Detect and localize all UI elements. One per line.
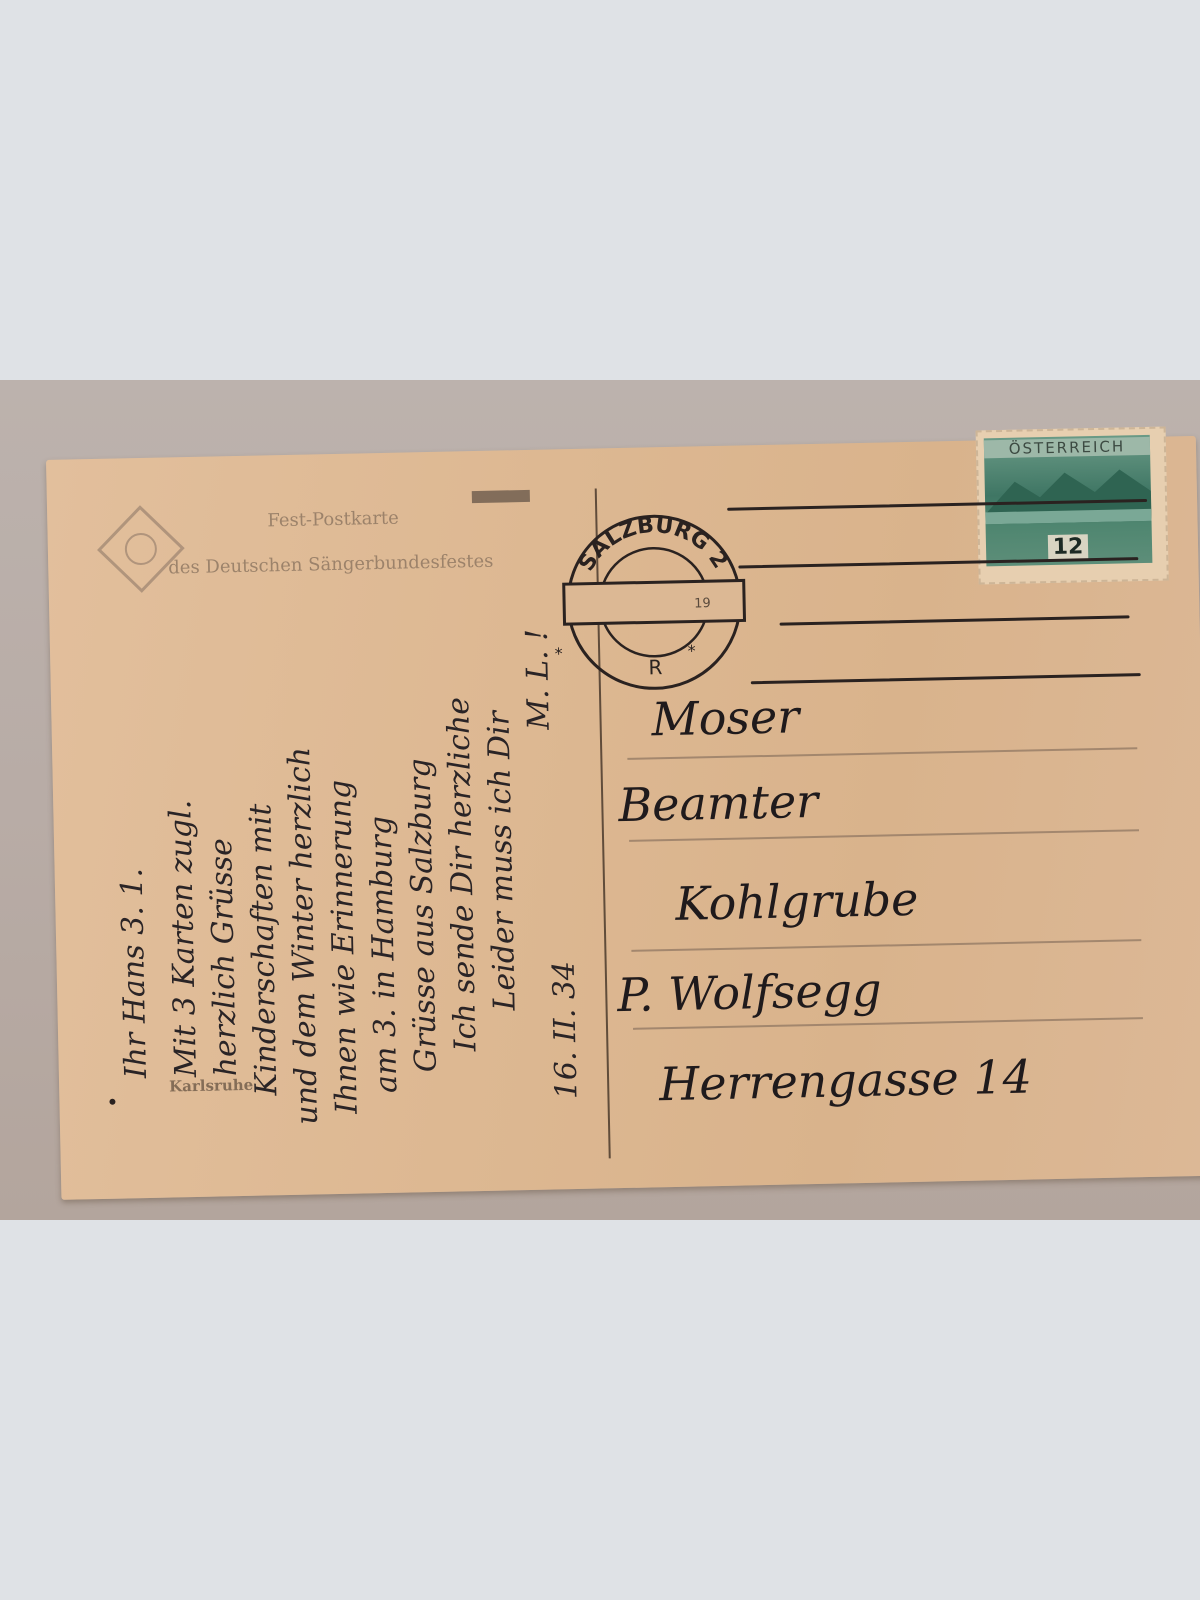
svg-text:SALZBURG 2: SALZBURG 2 [573, 511, 733, 576]
cancel-line [751, 673, 1141, 684]
message-line: Ihnen wie Erinnerung [323, 779, 365, 1114]
message-line: Ich sende Dir herzliche [441, 697, 483, 1052]
postcard: Fest-Postkarte des Deutschen Sängerbunde… [46, 436, 1200, 1200]
ink-dot [109, 1099, 115, 1105]
message-line: und dem Winter herzlich [282, 747, 325, 1125]
mountain-lake-icon [984, 461, 1151, 524]
cancel-line [780, 615, 1130, 625]
address-rule [631, 939, 1141, 952]
emblem-icon [97, 505, 185, 593]
address-line-4: P. Wolfsegg [617, 963, 882, 1023]
message-line: Ihr Hans 3. 1. [115, 868, 154, 1079]
message-salutation: M. L. ! [520, 629, 557, 731]
printed-subtitle: des Deutschen Sängerbundesfestes [168, 551, 494, 579]
address-line-2: Beamter [618, 774, 819, 832]
message-line: Grüsse aus Salzburg [402, 758, 444, 1072]
address-line-5: Herrengasse 14 [659, 1049, 1033, 1111]
address-rule [629, 829, 1139, 842]
stamp-country: ÖSTERREICH [984, 437, 1150, 458]
address-rule [627, 747, 1137, 760]
message-line: Leider muss ich Dir [481, 711, 522, 1011]
postmark-city: SALZBURG 2 [573, 511, 733, 576]
printed-mark [472, 490, 530, 503]
address-line-1: Moser [651, 689, 800, 746]
printed-place: Karlsruhe [169, 1076, 253, 1096]
message-line: Kinderschaften mit [243, 803, 284, 1096]
stamp-value: 12 [1048, 534, 1089, 561]
message-date: 16. II. 34 [547, 961, 585, 1100]
message-line: Mit 3 Karten zugl. [163, 800, 204, 1078]
message-line: am 3. in Hamburg [364, 816, 405, 1094]
address-line-3: Kohlgrube [675, 872, 919, 931]
printed-title: Fest-Postkarte [267, 508, 399, 532]
postmark: SALZBURG 2 R * * 19 [552, 500, 756, 704]
postmark-stars: * * [554, 640, 755, 663]
postmark-date: 19 [694, 596, 711, 611]
message-line: herzlich Grüsse [204, 838, 244, 1077]
